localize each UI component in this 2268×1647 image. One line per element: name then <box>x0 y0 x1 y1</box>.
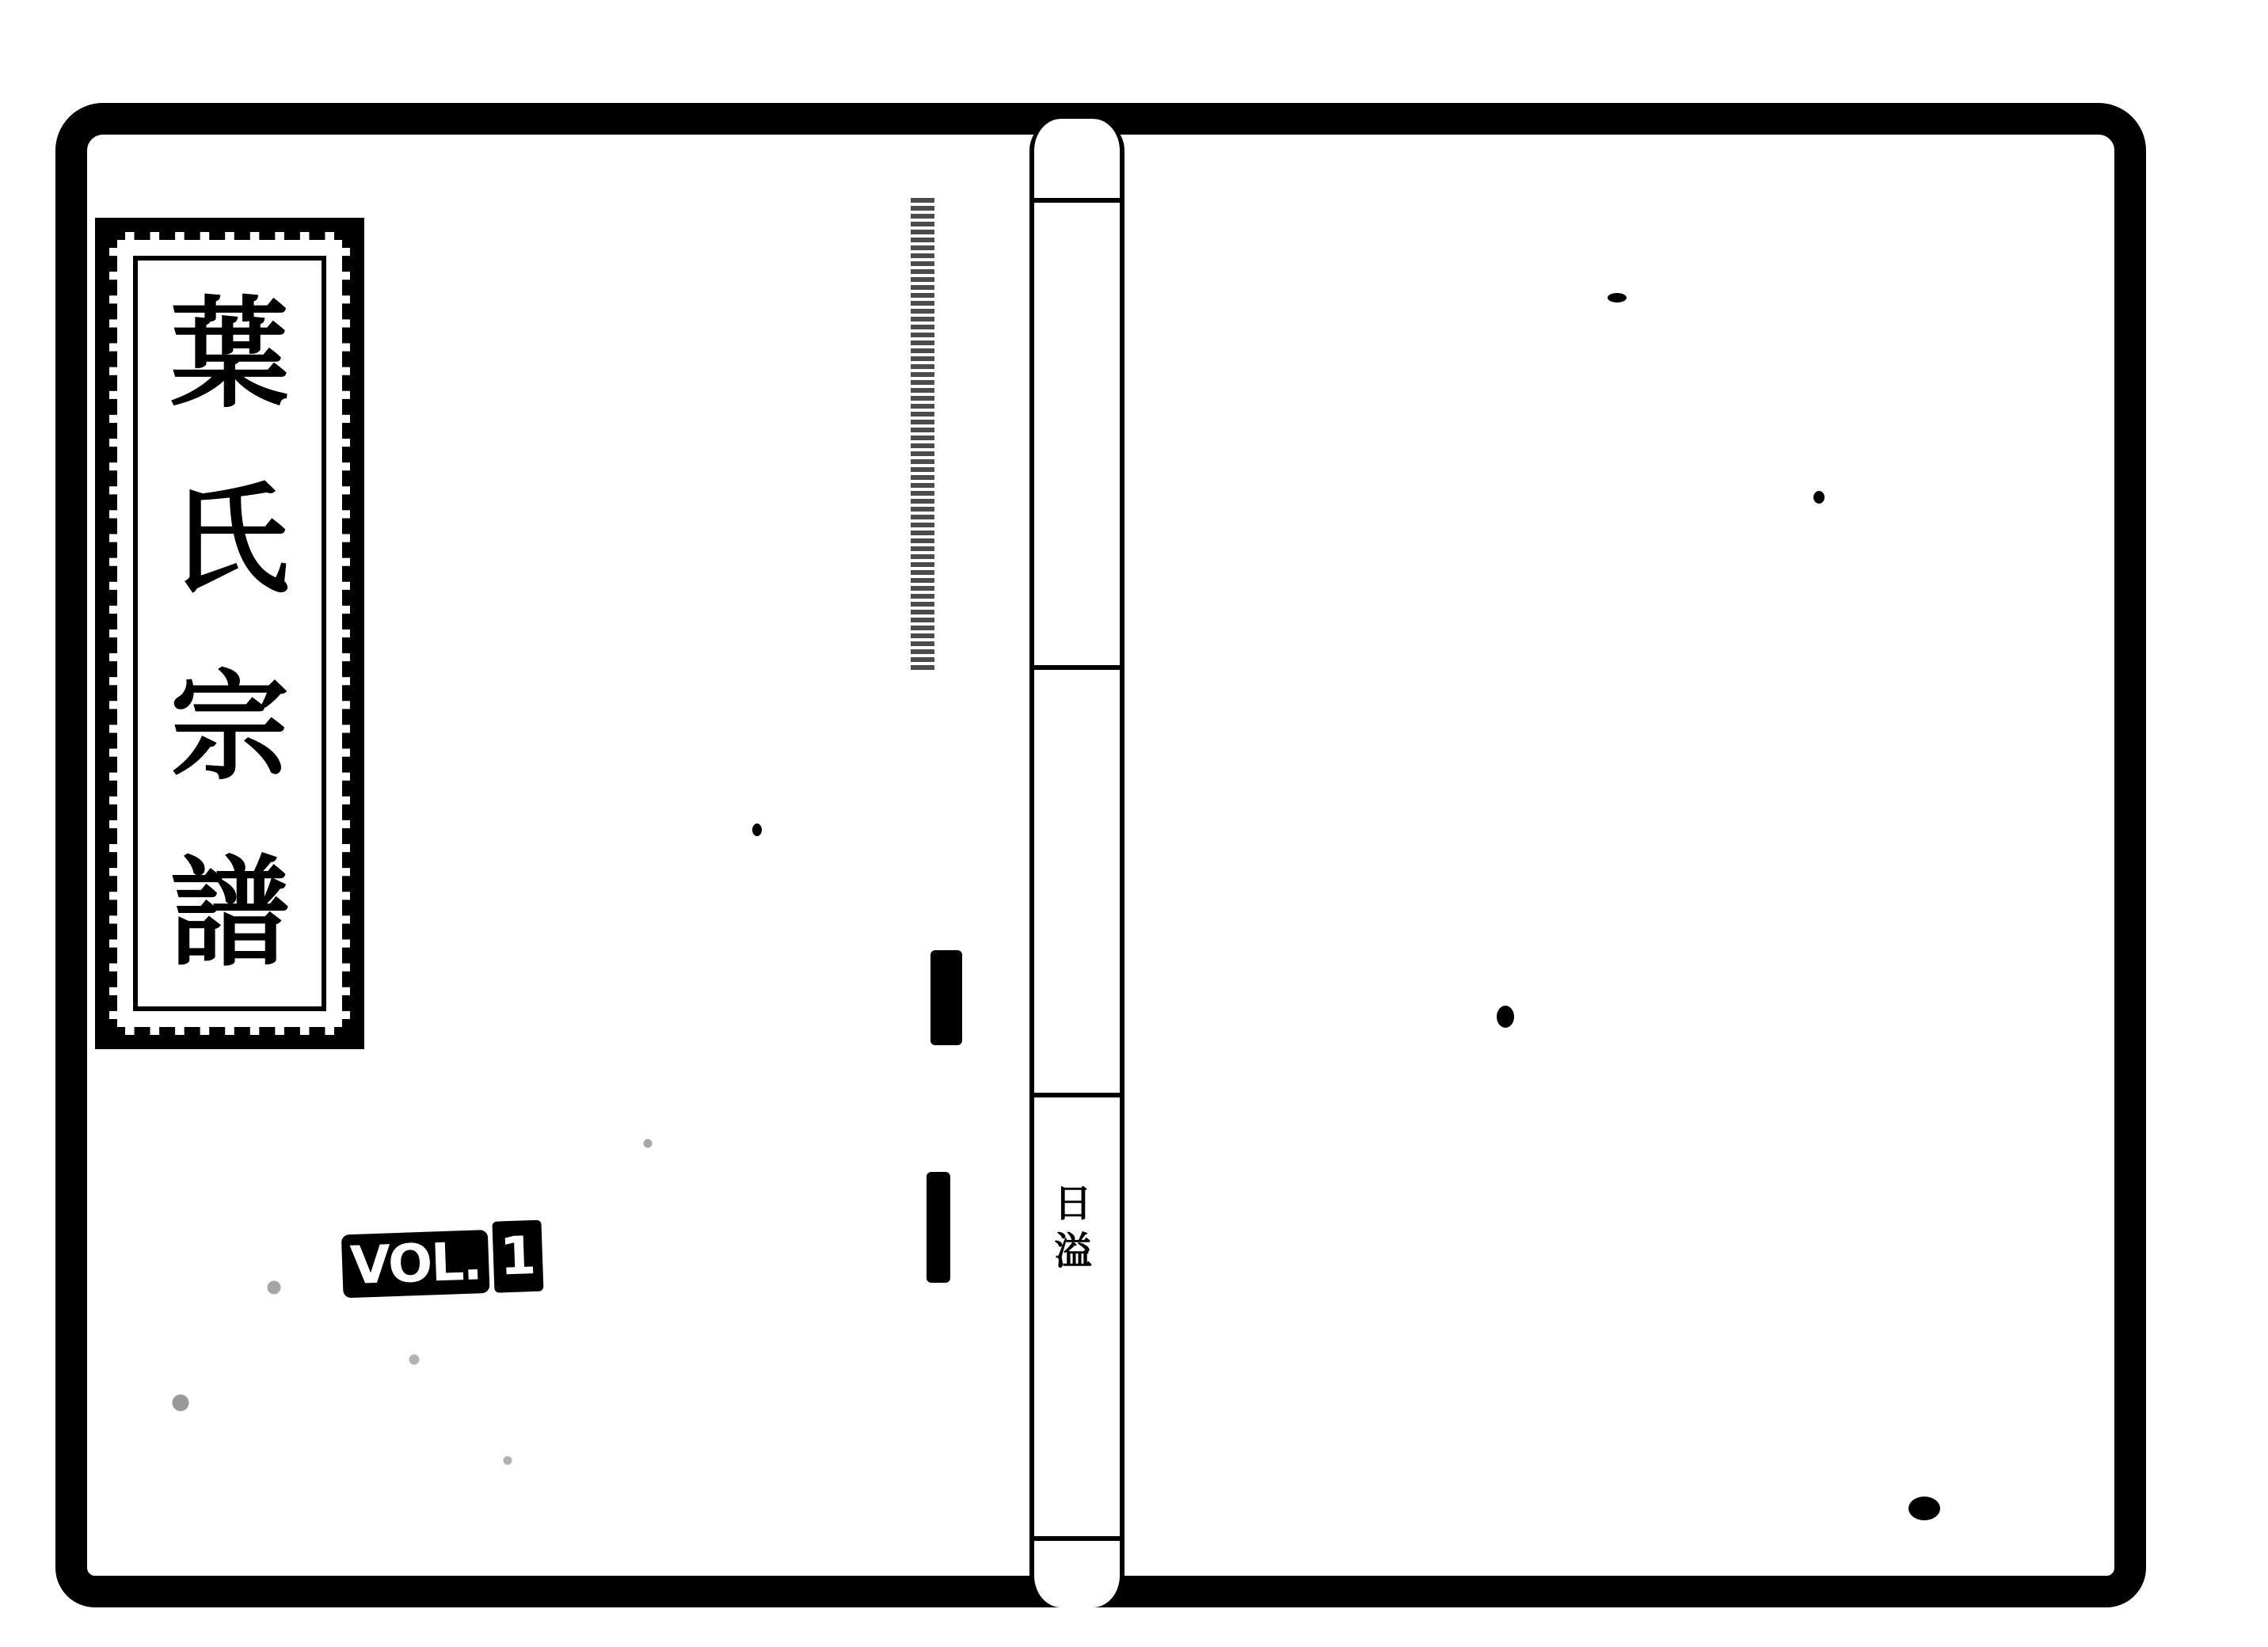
book-spine <box>1029 119 1124 1607</box>
spine-thread-tie <box>1029 1536 1124 1541</box>
ink-spot <box>1608 293 1627 302</box>
title-char: 氏 <box>170 481 289 599</box>
back-cover <box>1140 135 2091 1584</box>
title-char: 葉 <box>170 295 289 413</box>
title-char: 宗 <box>170 668 289 786</box>
title-label-border: 葉 氏 宗 譜 <box>109 232 350 1035</box>
spine-thread-tie <box>1029 198 1124 203</box>
ink-spot <box>1813 491 1825 504</box>
spine-char: 日 <box>1049 1180 1097 1227</box>
volume-sticker: VOL. 1 <box>341 1220 544 1299</box>
ink-spot <box>752 823 762 836</box>
torn-patch <box>927 1172 950 1283</box>
title-label-frame: 葉 氏 宗 譜 <box>133 256 326 1011</box>
torn-patch <box>930 950 962 1045</box>
volume-prefix: VOL. <box>341 1230 490 1298</box>
ink-spot <box>1908 1497 1940 1520</box>
title-label: 葉 氏 宗 譜 <box>95 218 364 1049</box>
spine-label: 日 溢 <box>1049 1180 1097 1275</box>
spine-char: 溢 <box>1049 1227 1097 1275</box>
ink-spot <box>1497 1006 1514 1028</box>
title-char: 譜 <box>170 854 289 972</box>
spine-thread-tie <box>1029 1093 1124 1097</box>
spine-thread-tie <box>1029 665 1124 670</box>
spine-damage <box>911 198 934 673</box>
volume-number: 1 <box>493 1220 544 1293</box>
